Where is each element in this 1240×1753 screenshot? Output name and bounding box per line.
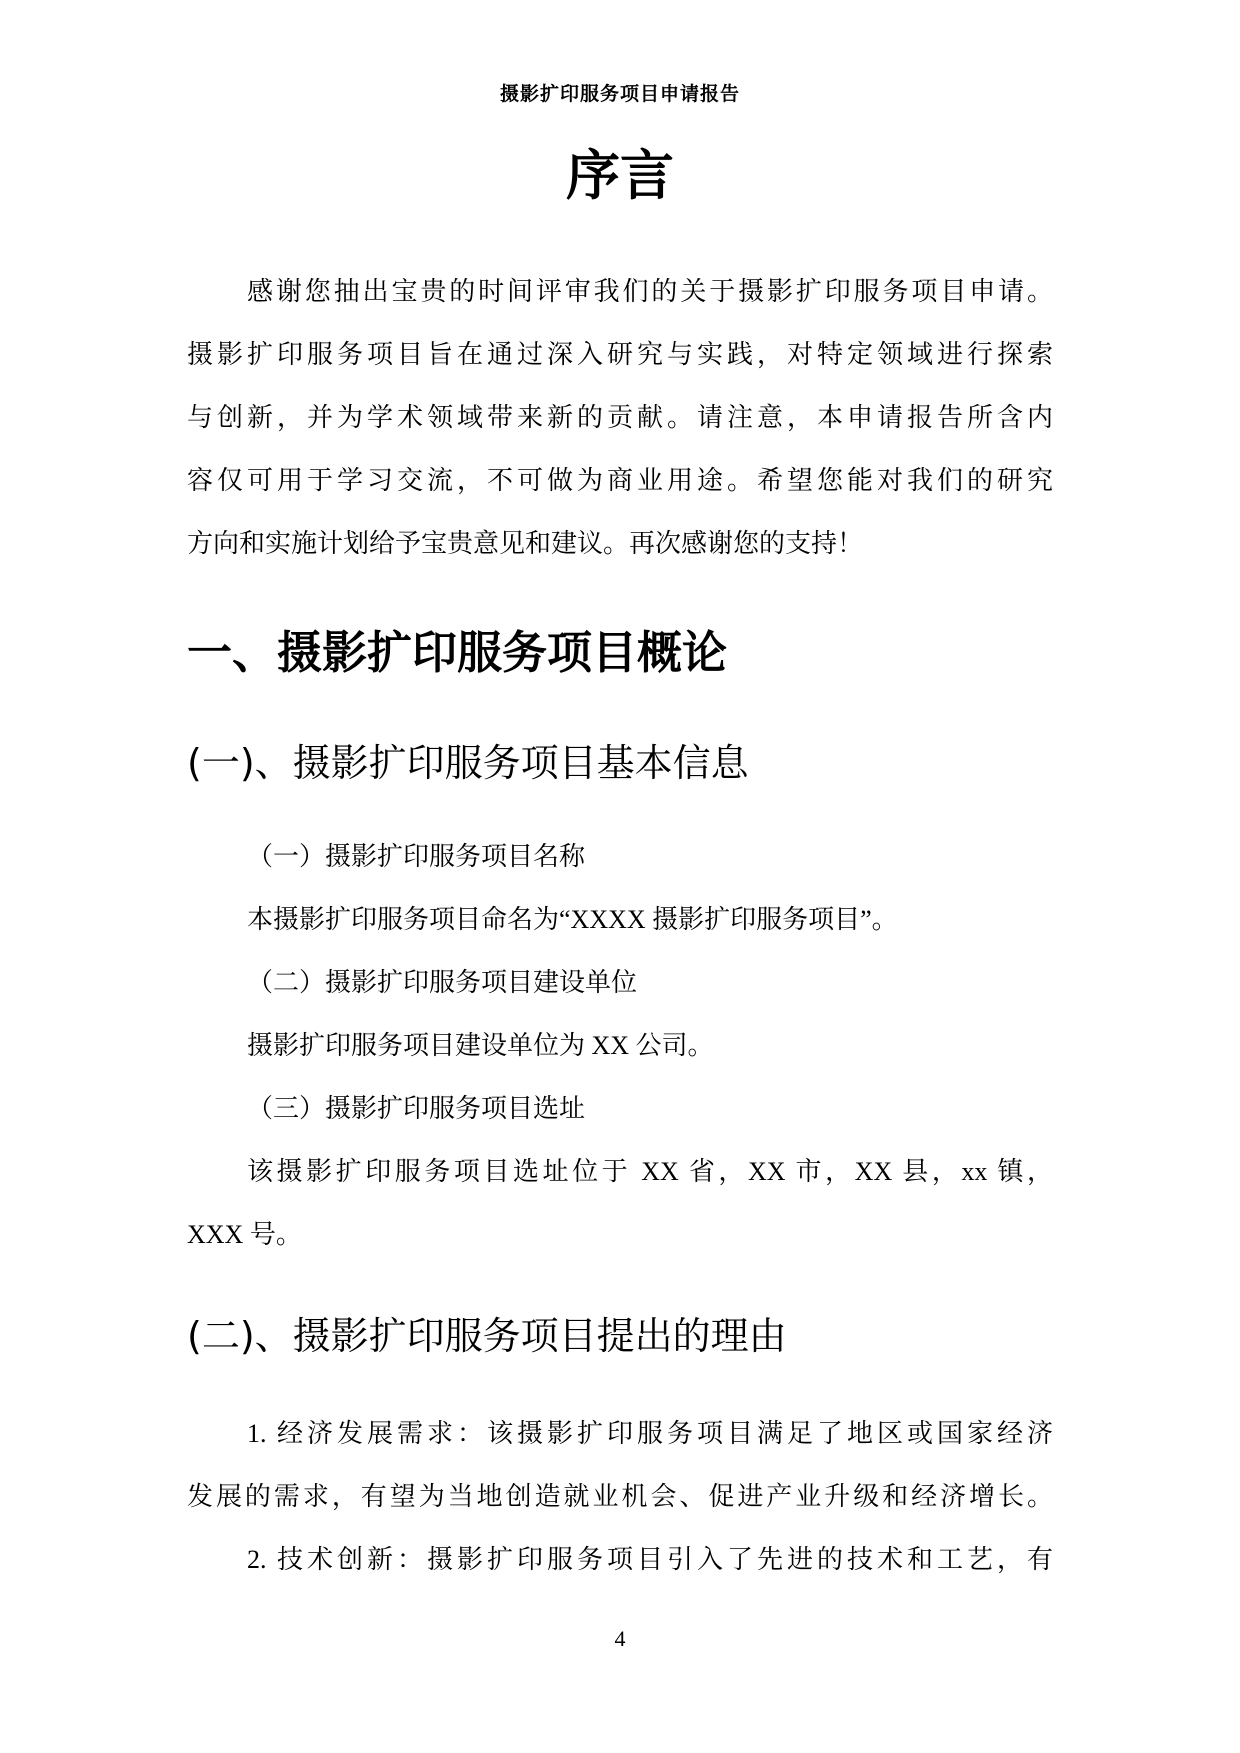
page-header-text: 摄影扩印服务项目申请报告 — [187, 82, 1053, 108]
section-1-heading: 一、摄影扩印服务项目概论 — [187, 625, 1053, 681]
basic-info-line: 摄影扩印服务项目建设单位为 XX 公司。 — [187, 1014, 1053, 1077]
preface-line: 方向和实施计划给予宝贵意见和建议。再次感谢您的支持！ — [187, 512, 1053, 575]
page-content: 摄影扩印服务项目申请报告 序言 感谢您抽出宝贵的时间评审我们的关于摄影扩印服务项… — [0, 82, 1240, 1653]
preface-paragraph: 感谢您抽出宝贵的时间评审我们的关于摄影扩印服务项目申请。 摄影扩印服务项目旨在通… — [187, 260, 1053, 575]
basic-info-line: 该摄影扩印服务项目选址位于 XX 省，XX 市，XX 县，xx 镇， — [187, 1140, 1053, 1203]
reason-line: 1. 经济发展需求：该摄影扩印服务项目满足了地区或国家经济 — [187, 1402, 1053, 1465]
basic-info-line: （二）摄影扩印服务项目建设单位 — [187, 951, 1053, 1014]
page-title: 序言 — [187, 140, 1053, 212]
preface-line: 感谢您抽出宝贵的时间评审我们的关于摄影扩印服务项目申请。 — [187, 260, 1053, 323]
basic-info-line: （三）摄影扩印服务项目选址 — [187, 1077, 1053, 1140]
document-page: 摄影扩印服务项目申请报告 序言 感谢您抽出宝贵的时间评审我们的关于摄影扩印服务项… — [0, 0, 1240, 1753]
reason-line: 发展的需求，有望为当地创造就业机会、促进产业升级和经济增长。 — [187, 1465, 1053, 1528]
basic-info-line: 本摄影扩印服务项目命名为“XXXX 摄影扩印服务项目”。 — [187, 888, 1053, 951]
section-1-2-heading: (二)、摄影扩印服务项目提出的理由 — [187, 1312, 1053, 1360]
preface-line: 与创新，并为学术领域带来新的贡献。请注意，本申请报告所含内 — [187, 386, 1053, 449]
reasons-list: 1. 经济发展需求：该摄影扩印服务项目满足了地区或国家经济 发展的需求，有望为当… — [187, 1402, 1053, 1591]
preface-line: 摄影扩印服务项目旨在通过深入研究与实践，对特定领域进行探索 — [187, 323, 1053, 386]
reason-line: 2. 技术创新：摄影扩印服务项目引入了先进的技术和工艺，有 — [187, 1528, 1053, 1591]
page-number: 4 — [187, 1625, 1053, 1653]
basic-info-line: （一）摄影扩印服务项目名称 — [187, 825, 1053, 888]
basic-info-list: （一）摄影扩印服务项目名称 本摄影扩印服务项目命名为“XXXX 摄影扩印服务项目… — [187, 825, 1053, 1266]
preface-line: 容仅可用于学习交流，不可做为商业用途。希望您能对我们的研究 — [187, 449, 1053, 512]
section-1-1-heading: (一)、摄影扩印服务项目基本信息 — [187, 739, 1053, 787]
basic-info-line: XXX 号。 — [187, 1203, 1053, 1266]
